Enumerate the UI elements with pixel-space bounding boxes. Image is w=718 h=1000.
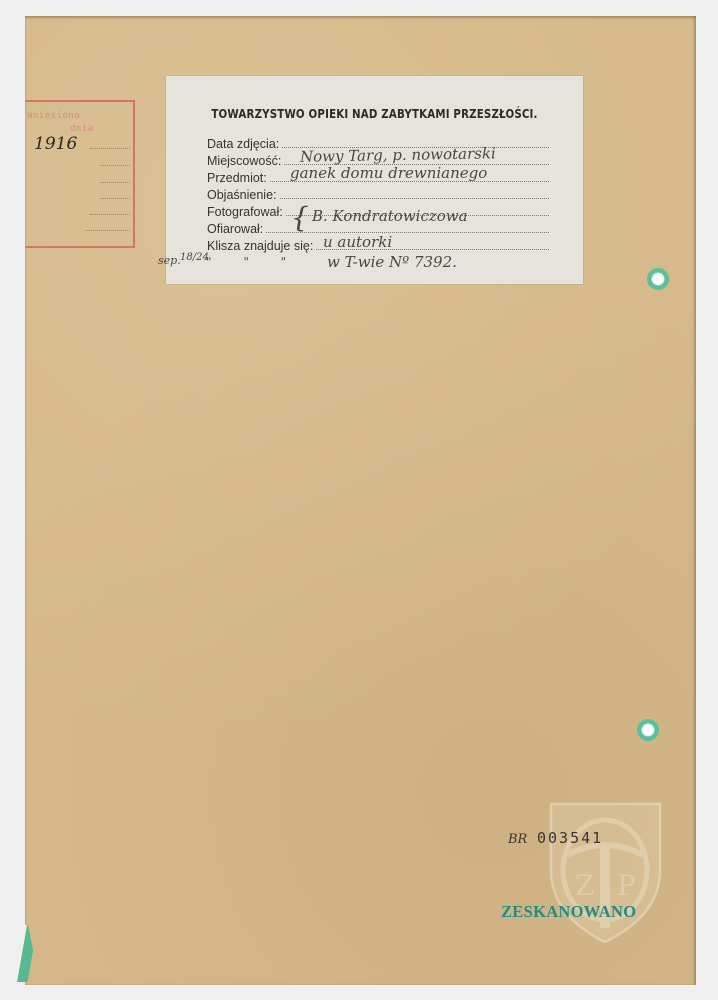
stamp-line bbox=[100, 198, 130, 199]
handwritten-note-prefix: sep. bbox=[158, 254, 181, 267]
scanned-stamp: ZESKANOWANO bbox=[501, 902, 636, 922]
svg-text:P: P bbox=[617, 869, 636, 902]
society-title: TOWARZYSTWO OPIEKI NAD ZABYTKAMI PRZESZŁ… bbox=[204, 106, 546, 121]
field-label: Miejscowość: bbox=[207, 154, 284, 168]
inventory-number: 003541 bbox=[537, 829, 603, 847]
field-label: Przedmiot: bbox=[207, 171, 270, 185]
field-label: Ofiarował: bbox=[207, 222, 266, 236]
punch-hole bbox=[637, 719, 659, 741]
field-label: Klisza znajduje się: bbox=[207, 239, 316, 253]
stamp-sub-label: dnia bbox=[70, 124, 94, 134]
field-label: Data zdjęcia: bbox=[207, 137, 282, 151]
stamp-label: Wniesiono bbox=[27, 111, 80, 121]
field-label: Fotografował: bbox=[207, 205, 286, 219]
handwritten-photographer: B. Kondratowiczowa bbox=[312, 207, 468, 225]
field-label: Objaśnienie: bbox=[207, 188, 280, 202]
punch-hole bbox=[647, 268, 669, 290]
handwritten-brace: { bbox=[291, 204, 309, 232]
field-dotted-line bbox=[280, 198, 550, 199]
handwritten-subject: ganek domu drewnianego bbox=[290, 164, 487, 182]
field-explanation: Objaśnienie: bbox=[207, 186, 549, 202]
watermark-emblem-icon: Z P bbox=[547, 800, 664, 945]
info-label-card: TOWARZYSTWO OPIEKI NAD ZABYTKAMI PRZESZŁ… bbox=[166, 76, 583, 284]
inventory-prefix: BR bbox=[508, 832, 527, 847]
handwritten-ditto-marks: " " " bbox=[206, 255, 286, 269]
handwritten-negative-location: u autorki bbox=[323, 233, 392, 251]
stamp-line bbox=[85, 230, 130, 231]
handwritten-register-number: w T-wie Nº 7392. bbox=[327, 253, 457, 271]
stamp-line bbox=[100, 165, 130, 166]
svg-text:Z: Z bbox=[575, 869, 594, 902]
stamp-year: 1916 bbox=[34, 134, 77, 154]
stamp-line bbox=[100, 182, 130, 183]
handwritten-note-date: 18/24 bbox=[180, 252, 209, 263]
stamp-line bbox=[90, 214, 130, 215]
stamp-line bbox=[90, 148, 130, 149]
handwritten-location: Nowy Targ, p. nowotarski bbox=[300, 144, 496, 165]
registration-stamp bbox=[25, 100, 135, 248]
